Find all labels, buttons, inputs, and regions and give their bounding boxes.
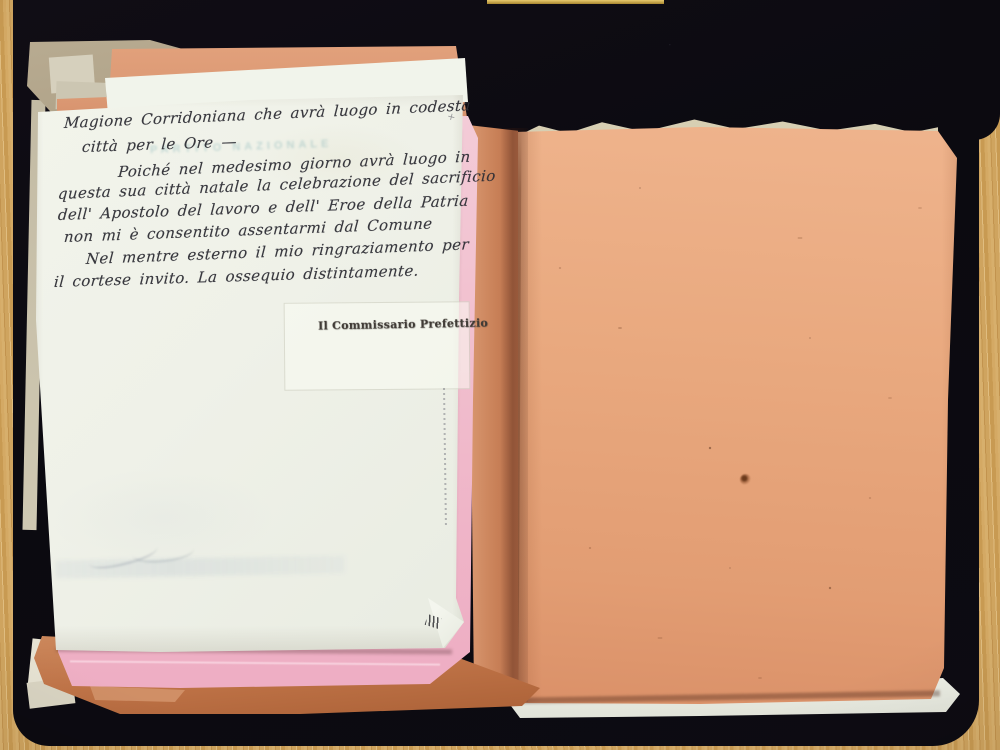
gold-edge-sliver: [487, 0, 664, 4]
salmon-right-page: [500, 118, 965, 710]
pasted-stamp-slip: [284, 301, 471, 391]
black-mat-top-right: [940, 0, 1000, 140]
paper-stain-spot: [740, 474, 751, 485]
archive-photo-stage: PARTITO NAZIONALE Magione Corridoniana c…: [0, 0, 1000, 750]
gutter-shadow: [500, 128, 528, 702]
